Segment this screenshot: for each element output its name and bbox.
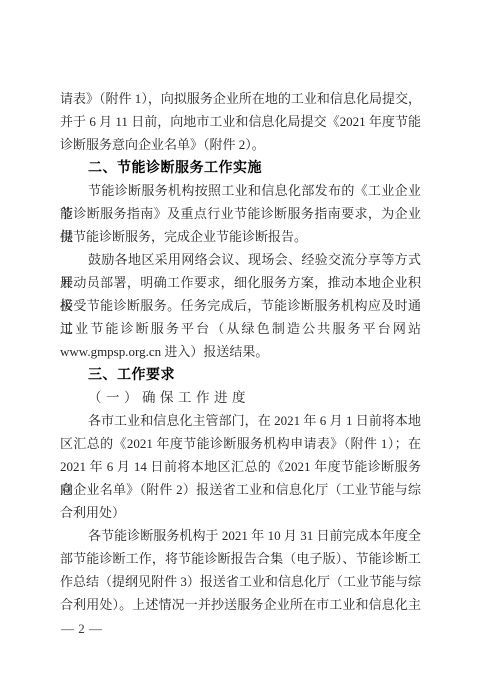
body-text-line: 工业节能诊断服务平台（从绿色制造公共服务平台网站	[60, 317, 421, 340]
body-text-line: 请表》（附件 1），向拟服务企业所在地的工业和信息化局提交，	[60, 87, 421, 110]
body-text-line: 鼓励各地区采用网络会议、现场会、经验交流分享等方式开	[60, 248, 421, 271]
body-text-line: 2021 年 6 月 14 日前将本地区汇总的《2021 年度节能诊断服务意	[60, 455, 421, 478]
body-text-line: 作总结（提纲见附件 3）报送省工业和信息化厅（工业节能与综	[60, 570, 421, 593]
document-page: 请表》（附件 1），向拟服务企业所在地的工业和信息化局提交， 并于 6 月 11…	[0, 0, 481, 682]
body-text-line: 节能诊断服务机构按照工业和信息化部发布的《工业企业节	[60, 179, 421, 202]
body-text-line: 展动员部署，明确工作要求，细化服务方案，推动本地企业积极	[60, 271, 421, 294]
body-text-line: 合利用处）。上述情况一并抄送服务企业所在市工业和信息化主	[60, 593, 421, 616]
body-text-line: 各节能诊断服务机构于 2021 年 10 月 31 日前完成本年度全	[60, 524, 421, 547]
section-heading-2: 二、节能诊断服务工作实施	[60, 156, 421, 179]
body-text-line: 供节能诊断服务，完成企业节能诊断报告。	[60, 225, 421, 248]
body-text-line: 区汇总的《2021 年度节能诊断服务机构申请表》（附件 1）；在	[60, 432, 421, 455]
body-text-line: 合利用处）	[60, 501, 421, 524]
body-text-line: 能诊断服务指南》及重点行业节能诊断服务指南要求，为企业提	[60, 202, 421, 225]
body-text-line-url: www.gmpsp.org.cn 进入）报送结果。	[60, 340, 421, 363]
subsection-heading: （一）确保工作进度	[60, 386, 421, 409]
body-text-line: 接受节能诊断服务。任务完成后，节能诊断服务机构应及时通过	[60, 294, 421, 317]
body-text-line: 并于 6 月 11 日前，向地市工业和信息化局提交《2021 年度节能	[60, 110, 421, 133]
document-text-block: 请表》（附件 1），向拟服务企业所在地的工业和信息化局提交， 并于 6 月 11…	[60, 87, 421, 616]
body-text-line: 诊断服务意向企业名单》（附件 2）。	[60, 133, 421, 156]
page-number: — 2 —	[61, 621, 103, 637]
body-text-line: 各市工业和信息化主管部门，在 2021 年 6 月 1 日前将本地	[60, 409, 421, 432]
body-text-line: 向企业名单》（附件 2）报送省工业和信息化厅（工业节能与综	[60, 478, 421, 501]
body-text-line: 部节能诊断工作，将节能诊断报告合集（电子版）、节能诊断工	[60, 547, 421, 570]
section-heading-3: 三、工作要求	[60, 363, 421, 386]
